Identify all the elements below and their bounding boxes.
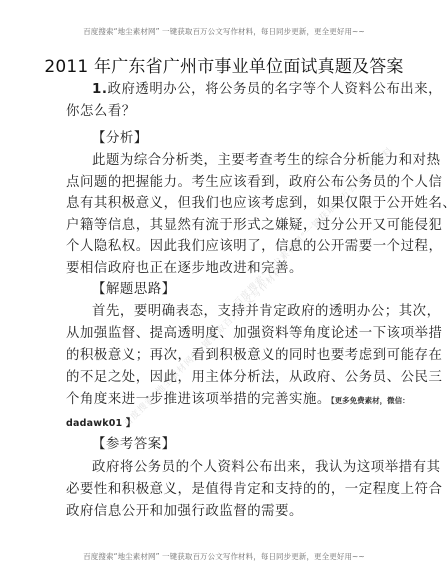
paragraph-line: 此题为综合分析类，主要考查考生的综合分析能力和对热 xyxy=(92,153,412,169)
paragraph-line: 的积极意义；再次，看到积极意义的同时也要考虑到可能存在 xyxy=(66,348,386,364)
paragraph-line: 点问题的把握能力。考生应该看到，政府公布公务员的个人信 xyxy=(66,175,386,191)
paragraph-line: 必要性和积极意义，是值得肯定和支持的的，一定程度上符合 xyxy=(66,482,386,498)
document-title: 2011 年广东省广州市事业单位面试真题及答案 xyxy=(0,52,448,77)
paragraph-line: 的不足之处，因此，用主体分析法，从政府、公务员、公民三 xyxy=(66,370,386,386)
paragraph-line: 从加强监督、提高透明度、加强资料等角度论述一下该项举措 xyxy=(66,326,386,342)
paragraph-line: 政府信息公开和加强行政监督的需要。 xyxy=(66,504,386,520)
promo-note: 【更多免费素材，微信： xyxy=(331,396,410,405)
section-heading-analysis: 【分析】 xyxy=(92,131,412,147)
question-line-1: 1.政府透明办公，将公务员的名字等个人资料公布出来， xyxy=(92,82,412,98)
question-line-2: 你怎么看？ xyxy=(66,104,386,120)
paragraph-text: 个角度来进一步推进该项举措的完善实施。 xyxy=(66,392,331,407)
question-number: 1. xyxy=(92,82,108,97)
paragraph-line: 政府将公务员的个人资料公布出来，我认为这项举措有其 xyxy=(92,460,412,476)
document-page: 百度搜索“地尘素材网” 一键获取百万公文写作材料，每日同步更新，更全更好用~~ … xyxy=(0,0,448,580)
wechat-id: dadawk01 】 xyxy=(66,418,136,429)
paragraph-line: 首先，要明确表态，支持并肯定政府的透明办公；其次， xyxy=(92,304,412,320)
paragraph-line: 个角度来进一步推进该项举措的完善实施。【更多免费素材，微信： xyxy=(66,392,386,409)
section-heading-answer: 【参考答案】 xyxy=(92,437,412,453)
section-heading-approach: 【解题思路】 xyxy=(92,282,412,298)
promo-wechat-line: dadawk01 】 xyxy=(66,415,386,432)
paragraph-line: 息有其积极意义，但我们也应该考虑到，如果仅限于公开姓名、 xyxy=(66,196,386,212)
paragraph-line: 个人隐私权。因此我们应该明了，信息的公开需要一个过程， xyxy=(66,239,386,255)
paragraph-line: 户籍等信息，其显然有流于形式之嫌疑，过分公开又可能侵犯 xyxy=(66,218,386,234)
header-banner: 百度搜索“地尘素材网” 一键获取百万公文写作材料，每日同步更新，更全更好用~~ xyxy=(0,26,448,37)
paragraph-line: 要相信政府也正在逐步地改进和完善。 xyxy=(66,261,386,277)
footer-banner: 百度搜索“地尘素材网” 一键获取百万公文写作材料，每日同步更新，更全更好用~~ xyxy=(0,551,448,562)
question-text: 政府透明办公，将公务员的名字等个人资料公布出来， xyxy=(108,82,443,97)
